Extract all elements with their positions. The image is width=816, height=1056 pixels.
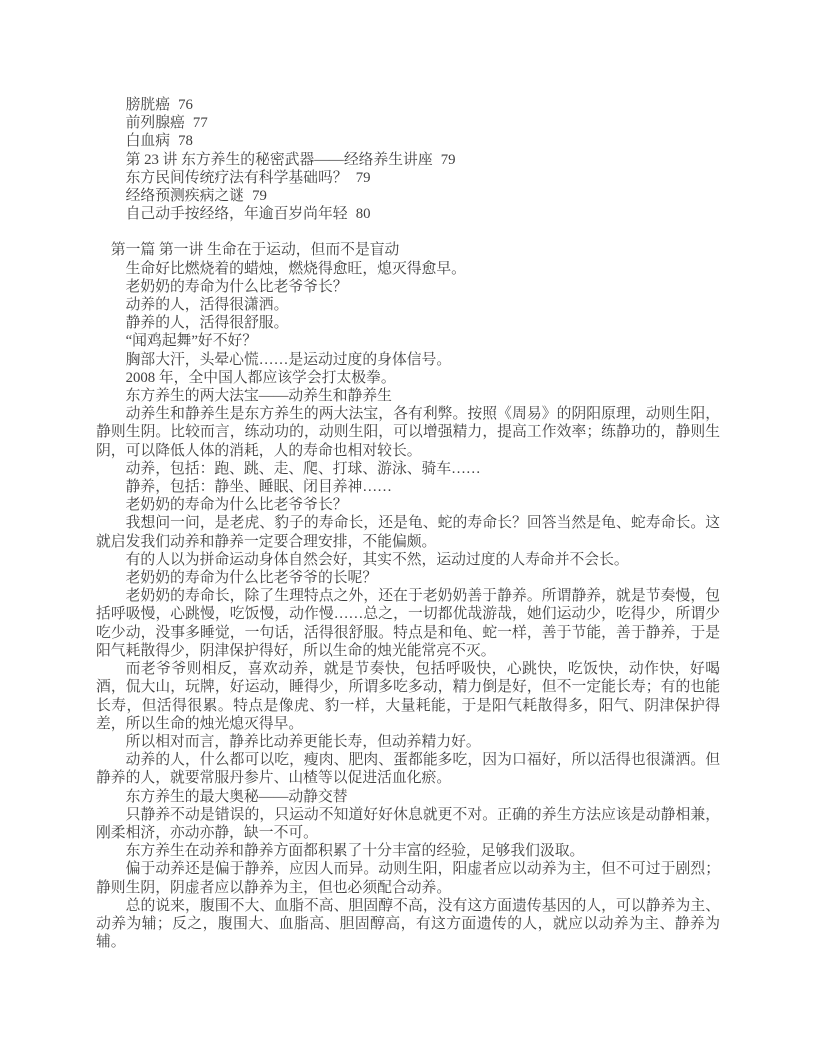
paragraph: 偏于动养还是偏于静养，应因人而异。动则生阳，阳虚者应以动养为主，但不可过于剧烈；…	[96, 860, 720, 896]
paragraph: 总的说来，腹围不大、血脂不高、胆固醇不高，没有这方面遗传基因的人，可以静养为主、…	[96, 897, 720, 952]
paragraph: 而老爷爷则相反，喜欢动养，就是节奏快，包括呼吸快，心跳快，吃饭快，动作快，好喝酒…	[96, 660, 720, 733]
toc-entry-title: 前列腺癌	[126, 115, 185, 131]
paragraph: “闻鸡起舞”好不好？	[96, 332, 720, 350]
toc-entry-title: 第 23 讲 东方养生的秘密武器——经络养生讲座	[126, 152, 433, 168]
paragraph: 静养，包括：静坐、睡眠、闭目养神……	[96, 478, 720, 496]
paragraph: 老奶奶的寿命长，除了生理特点之外，还在于老奶奶善于静养。所谓静养，就是节奏慢，包…	[96, 587, 720, 660]
blank-line-spacer	[96, 223, 720, 241]
toc-entry-page-number: 79	[252, 188, 267, 204]
paragraph: 动养，包括：跑、跳、走、爬、打球、游泳、骑车……	[96, 460, 720, 478]
document-body: 第一篇 第一讲 生命在于运动，但而不是盲动 生命好比燃烧着的蜡烛，燃烧得愈旺，熄…	[96, 241, 720, 951]
paragraph: 老奶奶的寿命为什么比老爷爷的长呢？	[96, 569, 720, 587]
paragraph-subheading: 东方养生的最大奥秘——动静交替	[96, 788, 720, 806]
toc-entry: 东方民间传统疗法有科学基础吗？79	[96, 169, 720, 187]
toc-entry-title: 自己动手按经络，年逾百岁尚年轻	[126, 206, 348, 222]
paragraph-subheading: 东方养生的两大法宝——动养生和静养生	[96, 387, 720, 405]
toc-entry-title: 东方民间传统疗法有科学基础吗？	[126, 170, 348, 186]
paragraph: 老奶奶的寿命为什么比老爷爷长？	[96, 496, 720, 514]
toc-entry-page-number: 78	[178, 133, 193, 149]
section-heading: 第一篇 第一讲 生命在于运动，但而不是盲动	[96, 241, 720, 259]
toc-entry-page-number: 79	[356, 170, 371, 186]
toc-entry-page-number: 77	[193, 115, 208, 131]
paragraph: 动养的人，什么都可以吃，瘦肉、肥肉、蛋都能多吃，因为口福好，所以活得也很潇洒。但…	[96, 751, 720, 787]
toc-entry-title: 白血病	[126, 133, 170, 149]
paragraph: 只静养不动是错误的，只运动不知道好好休息就更不对。正确的养生方法应该是动静相兼，…	[96, 806, 720, 842]
paragraph: 2008 年，全中国人都应该学会打太极拳。	[96, 369, 720, 387]
paragraph: 动养生和静养生是东方养生的两大法宝，各有利弊。按照《周易》的阴阳原理，动则生阳，…	[96, 405, 720, 460]
table-of-contents: 膀胱癌76 前列腺癌77 白血病78 第 23 讲 东方养生的秘密武器——经络养…	[96, 96, 720, 223]
toc-entry: 膀胱癌76	[96, 96, 720, 114]
toc-entry-page-number: 76	[178, 97, 193, 113]
toc-entry: 自己动手按经络，年逾百岁尚年轻80	[96, 205, 720, 223]
toc-entry: 前列腺癌77	[96, 114, 720, 132]
paragraph: 静养的人，活得很舒服。	[96, 314, 720, 332]
toc-entry-title: 膀胱癌	[126, 97, 170, 113]
toc-entry: 第 23 讲 东方养生的秘密武器——经络养生讲座79	[96, 151, 720, 169]
paragraph: 动养的人，活得很潇洒。	[96, 296, 720, 314]
paragraph: 胸部大汗，头晕心慌……是运动过度的身体信号。	[96, 351, 720, 369]
paragraph: 老奶奶的寿命为什么比老爷爷长？	[96, 278, 720, 296]
toc-entry-page-number: 79	[441, 152, 456, 168]
paragraph: 我想问一问，是老虎、豹子的寿命长，还是龟、蛇的寿命长？回答当然是龟、蛇寿命长。这…	[96, 514, 720, 550]
paragraph: 所以相对而言，静养比动养更能长寿，但动养精力好。	[96, 733, 720, 751]
toc-entry: 经络预测疾病之谜79	[96, 187, 720, 205]
document-page: 膀胱癌76 前列腺癌77 白血病78 第 23 讲 东方养生的秘密武器——经络养…	[0, 0, 816, 1056]
toc-entry-title: 经络预测疾病之谜	[126, 188, 244, 204]
paragraph: 有的人以为拼命运动身体自然会好，其实不然，运动过度的人寿命并不会长。	[96, 551, 720, 569]
paragraph: 东方养生在动养和静养方面都积累了十分丰富的经验，足够我们汲取。	[96, 842, 720, 860]
toc-entry: 白血病78	[96, 132, 720, 150]
paragraph: 生命好比燃烧着的蜡烛，燃烧得愈旺，熄灭得愈早。	[96, 260, 720, 278]
toc-entry-page-number: 80	[356, 206, 371, 222]
